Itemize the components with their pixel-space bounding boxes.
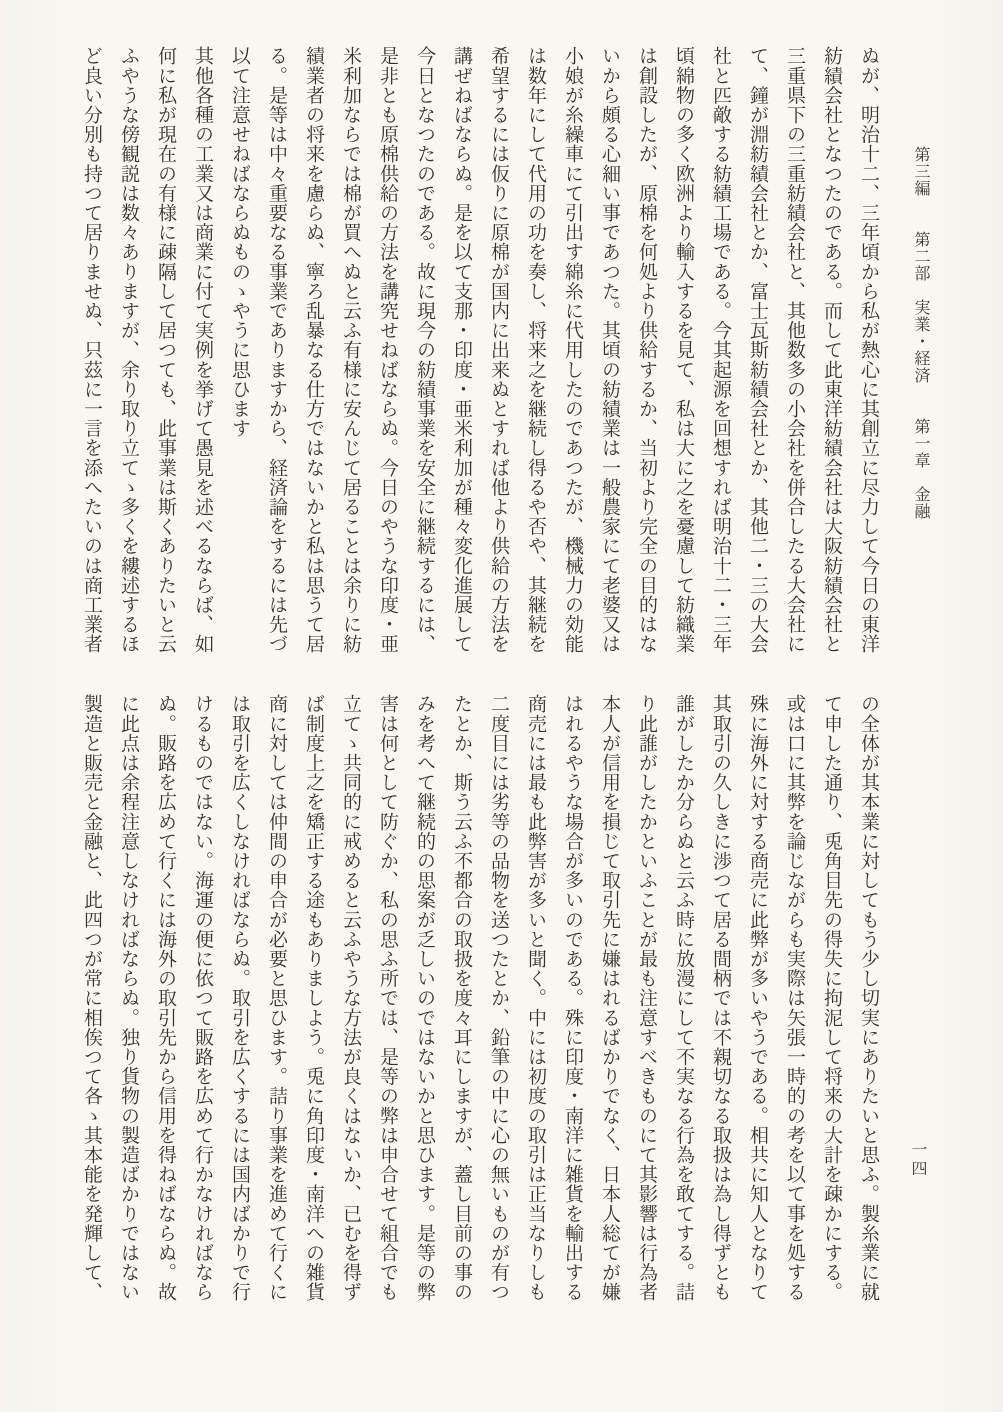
text-column: 商に対しては仲間の申合が必要と思ひます。詰り事業を進めて行くに <box>258 694 295 1322</box>
text-column: ぬが、明治十二、三年頃から私が熱心に其創立に尽力して今日の東洋 <box>850 46 887 674</box>
text-column: 績業者の将来を慮らぬ、寧ろ乱暴なる仕方ではないかと私は思うて居 <box>295 46 332 674</box>
text-column: 商売には最も此弊害が多いと聞く。中には初度の取引は正当なりしも <box>517 694 554 1322</box>
text-column: はれるやうな場合が多いのである。殊に印度・南洋に雑貨を輸出する <box>554 694 591 1322</box>
text-column: 今日となつたのである。故に現今の紡績事業を安全に継続するには、 <box>406 46 443 674</box>
text-column: て、鐘が淵紡績会社とか、富士瓦斯紡績会社とか、其他二・三の大会 <box>739 46 776 674</box>
text-column: 三重県下の三重紡績会社と、其他数多の小会社を併合したる大会社に <box>776 46 813 674</box>
text-column: は数年にして代用の功を奏し、将来之を継続し得るや否や、其継続を <box>517 46 554 674</box>
text-column: ぬ。販路を広めて行くには海外の取引先から信用を得ねばならぬ。故 <box>147 694 184 1322</box>
text-column: は取引を広くしなければならぬ。取引を広くするには国内ばかりで行 <box>221 694 258 1322</box>
text-column: 製造と販売と金融と、此四つが常に相俟つて各ゝ其本能を発輝して、 <box>73 694 110 1322</box>
text-column: 紡績会社となつたのである。而して此東洋紡績会社は大阪紡績会社と <box>813 46 850 674</box>
text-column: みを考へて継続的の思案が乏しいのではないかと思ひます。是等の弊 <box>406 694 443 1322</box>
page-number: 一四 <box>906 1141 929 1179</box>
text-column: 或は口に其弊を論じながらも実際は矢張一時的の考を以て事を処する <box>776 694 813 1322</box>
text-column: て申した通り、兎角目先の得失に拘泥して将来の大計を疎かにする。 <box>813 694 850 1322</box>
text-column: いから頗る心細い事であつた。其頃の紡績業は一般農家にて老婆又は <box>591 46 628 674</box>
lower-text-block: の全体が其本業に対してもう少し切実にありたいと思ふ。製糸業に就て申した通り、兎角… <box>73 694 887 1322</box>
text-column: 本人が信用を損じて取引先に嫌はれるばかりでなく、日本人総てが嫌 <box>591 694 628 1322</box>
text-column: の全体が其本業に対してもう少し切実にありたいと思ふ。製糸業に就 <box>850 694 887 1322</box>
running-header: 第三編 第二部 実業・経済 第一章 金融 <box>909 146 932 520</box>
book-page: 第三編 第二部 実業・経済 第一章 金融 一四 ぬが、明治十二、三年頃から私が熱… <box>0 0 1003 1412</box>
text-column: 誰がしたか分らぬと云ふ時に放漫にして不実なる行為を敢てする。詰 <box>665 694 702 1322</box>
text-column: 米利加ならでは棉が買へぬと云ふ有様に安んじて居ることは余りに紡 <box>332 46 369 674</box>
text-column: は創設したが、原棉を何処より供給するか、当初より完全の目的はな <box>628 46 665 674</box>
text-column: 害は何として防ぐか、私の思ふ所では、是等の弊は申合せて組合でも <box>369 694 406 1322</box>
text-column: 是非とも原棉供給の方法を講究せねばならぬ。今日のやうな印度・亜 <box>369 46 406 674</box>
text-column: り此誰がしたかといふことが最も注意すべきものにて其影響は行為者 <box>628 694 665 1322</box>
text-column: 小娘が糸繰車にて引出す綿糸に代用したのであつたが、機械力の効能 <box>554 46 591 674</box>
text-column: ど良い分別も持つて居りませぬ、只茲に一言を添へたいのは商工業者 <box>73 46 110 674</box>
text-column: けるものではない。海運の便に依つて販路を広めて行かなければなら <box>184 694 221 1322</box>
text-column: 講ぜねばならぬ。是を以て支那・印度・亜米利加が種々変化進展して <box>443 46 480 674</box>
text-column: 殊に海外に対する商売に此弊が多いやうである。相共に知人となりて <box>739 694 776 1322</box>
text-column: 希望するには仮りに原棉が国内に出来ぬとすれば他より供給の方法を <box>480 46 517 674</box>
text-column: ふやうな傍観説は数々ありますが、余り取り立てゝ多くを縷述するほ <box>110 46 147 674</box>
text-column: る。是等は中々重要なる事業でありますから、経済論をするには先づ <box>258 46 295 674</box>
text-column: 何に私が現在の有様に疎隔して居つても、此事業は斯くありたいと云 <box>147 46 184 674</box>
text-column: に此点は余程注意しなければならぬ。独り貨物の製造ばかりではない <box>110 694 147 1322</box>
text-column: 其取引の久しきに渉つて居る間柄では不親切なる取扱は為し得ずとも <box>702 694 739 1322</box>
text-column: 其他各種の工業又は商業に付て実例を挙げて愚見を述べるならば、如 <box>184 46 221 674</box>
text-column: ば制度上之を矯正する途もありましよう。兎に角印度・南洋への雑貨 <box>295 694 332 1322</box>
text-column: 二度目には劣等の品物を送つたとか、鉛筆の中に心の無いものが有つ <box>480 694 517 1322</box>
upper-text-block: ぬが、明治十二、三年頃から私が熱心に其創立に尽力して今日の東洋紡績会社となつたの… <box>73 46 887 674</box>
text-column: たとか、斯う云ふ不都合の取扱を度々耳にしますが、蓋し目前の事の <box>443 694 480 1322</box>
text-column: 立てゝ共同的に戒めると云ふやうな方法が良くはないか、已むを得ず <box>332 694 369 1322</box>
text-column: 以て注意せねばならぬものゝやうに思ひます <box>221 46 258 674</box>
text-column: 頃綿物の多く欧洲より輸入するを見て、私は大に之を憂慮して紡織業 <box>665 46 702 674</box>
text-column: 社と匹敵する紡績工場である。今其起源を回想すれば明治十二・三年 <box>702 46 739 674</box>
